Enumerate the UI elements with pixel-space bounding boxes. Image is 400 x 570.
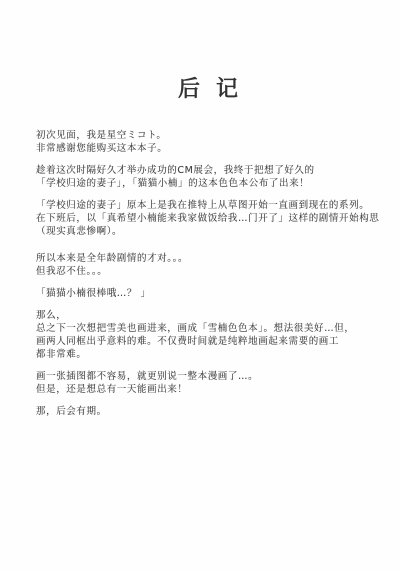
text-line: 「学校归途的妻子」，「猫猫小楠」的这本色色本公布了出来！ [36,177,384,190]
text-line: （现实真悲惨啊）。 [36,225,384,238]
text-line: 那么， [36,309,384,322]
paragraph-all-ages: 所以本来是全年龄剧情的才对。。。 但我忍不住。。。 [36,252,384,278]
page-title: 后记 [0,72,400,103]
text-line: 「学校归途的妻子」原本上是我在推特上从草图开始一直画到现在的系列。 [36,199,384,212]
paragraph-next-plans: 那么， 总之下一次想把雪美也画进来，画成「雪楠色色本」。想法很美好…但， 画两人… [36,309,384,361]
text-line: 但是，还是想总有一天能画出来！ [36,383,384,396]
text-line: 但我忍不住。。。 [36,265,384,278]
paragraph-event: 趁着这次时隔好久才举办成功的CM展会，我终于把想了好久的 「学校归途的妻子」，「… [36,164,384,190]
paragraph-quote: 「猫猫小楠很棒哦…？ 」 [36,287,384,300]
paragraph-greeting: 初次见面，我是星空ミコト。 非常感谢您能购买这本本子。 [36,129,384,155]
text-line: 「猫猫小楠很棒哦…？ 」 [36,287,384,300]
paragraph-farewell: 那，后会有期。 [36,405,384,418]
afterword-body: 初次见面，我是星空ミコト。 非常感谢您能购买这本本子。 趁着这次时隔好久才举办成… [36,129,384,427]
text-line: 画两人同框出乎意料的难。不仅费时间就是纯粹地画起来需要的画工 [36,335,384,348]
text-line: 画一张插图都不容易，就更别说一整本漫画了…。 [36,370,384,383]
text-line: 在下班后，以「真希望小楠能来我家做饭给我…门开了」这样的剧情开始构思 [36,212,384,225]
text-line: 趁着这次时隔好久才举办成功的CM展会，我终于把想了好久的 [36,164,384,177]
text-line: 都非常难。 [36,348,384,361]
text-line: 非常感谢您能购买这本本子。 [36,142,384,155]
text-line: 初次见面，我是星空ミコト。 [36,129,384,142]
afterword-page: 后记 初次见面，我是星空ミコト。 非常感谢您能购买这本本子。 趁着这次时隔好久才… [0,0,400,570]
paragraph-difficulty: 画一张插图都不容易，就更别说一整本漫画了…。 但是，还是想总有一天能画出来！ [36,370,384,396]
text-line: 总之下一次想把雪美也画进来，画成「雪楠色色本」。想法很美好…但， [36,322,384,335]
text-line: 所以本来是全年龄剧情的才对。。。 [36,252,384,265]
text-line: 那，后会有期。 [36,405,384,418]
paragraph-series-origin: 「学校归途的妻子」原本上是我在推特上从草图开始一直画到现在的系列。 在下班后，以… [36,199,384,238]
